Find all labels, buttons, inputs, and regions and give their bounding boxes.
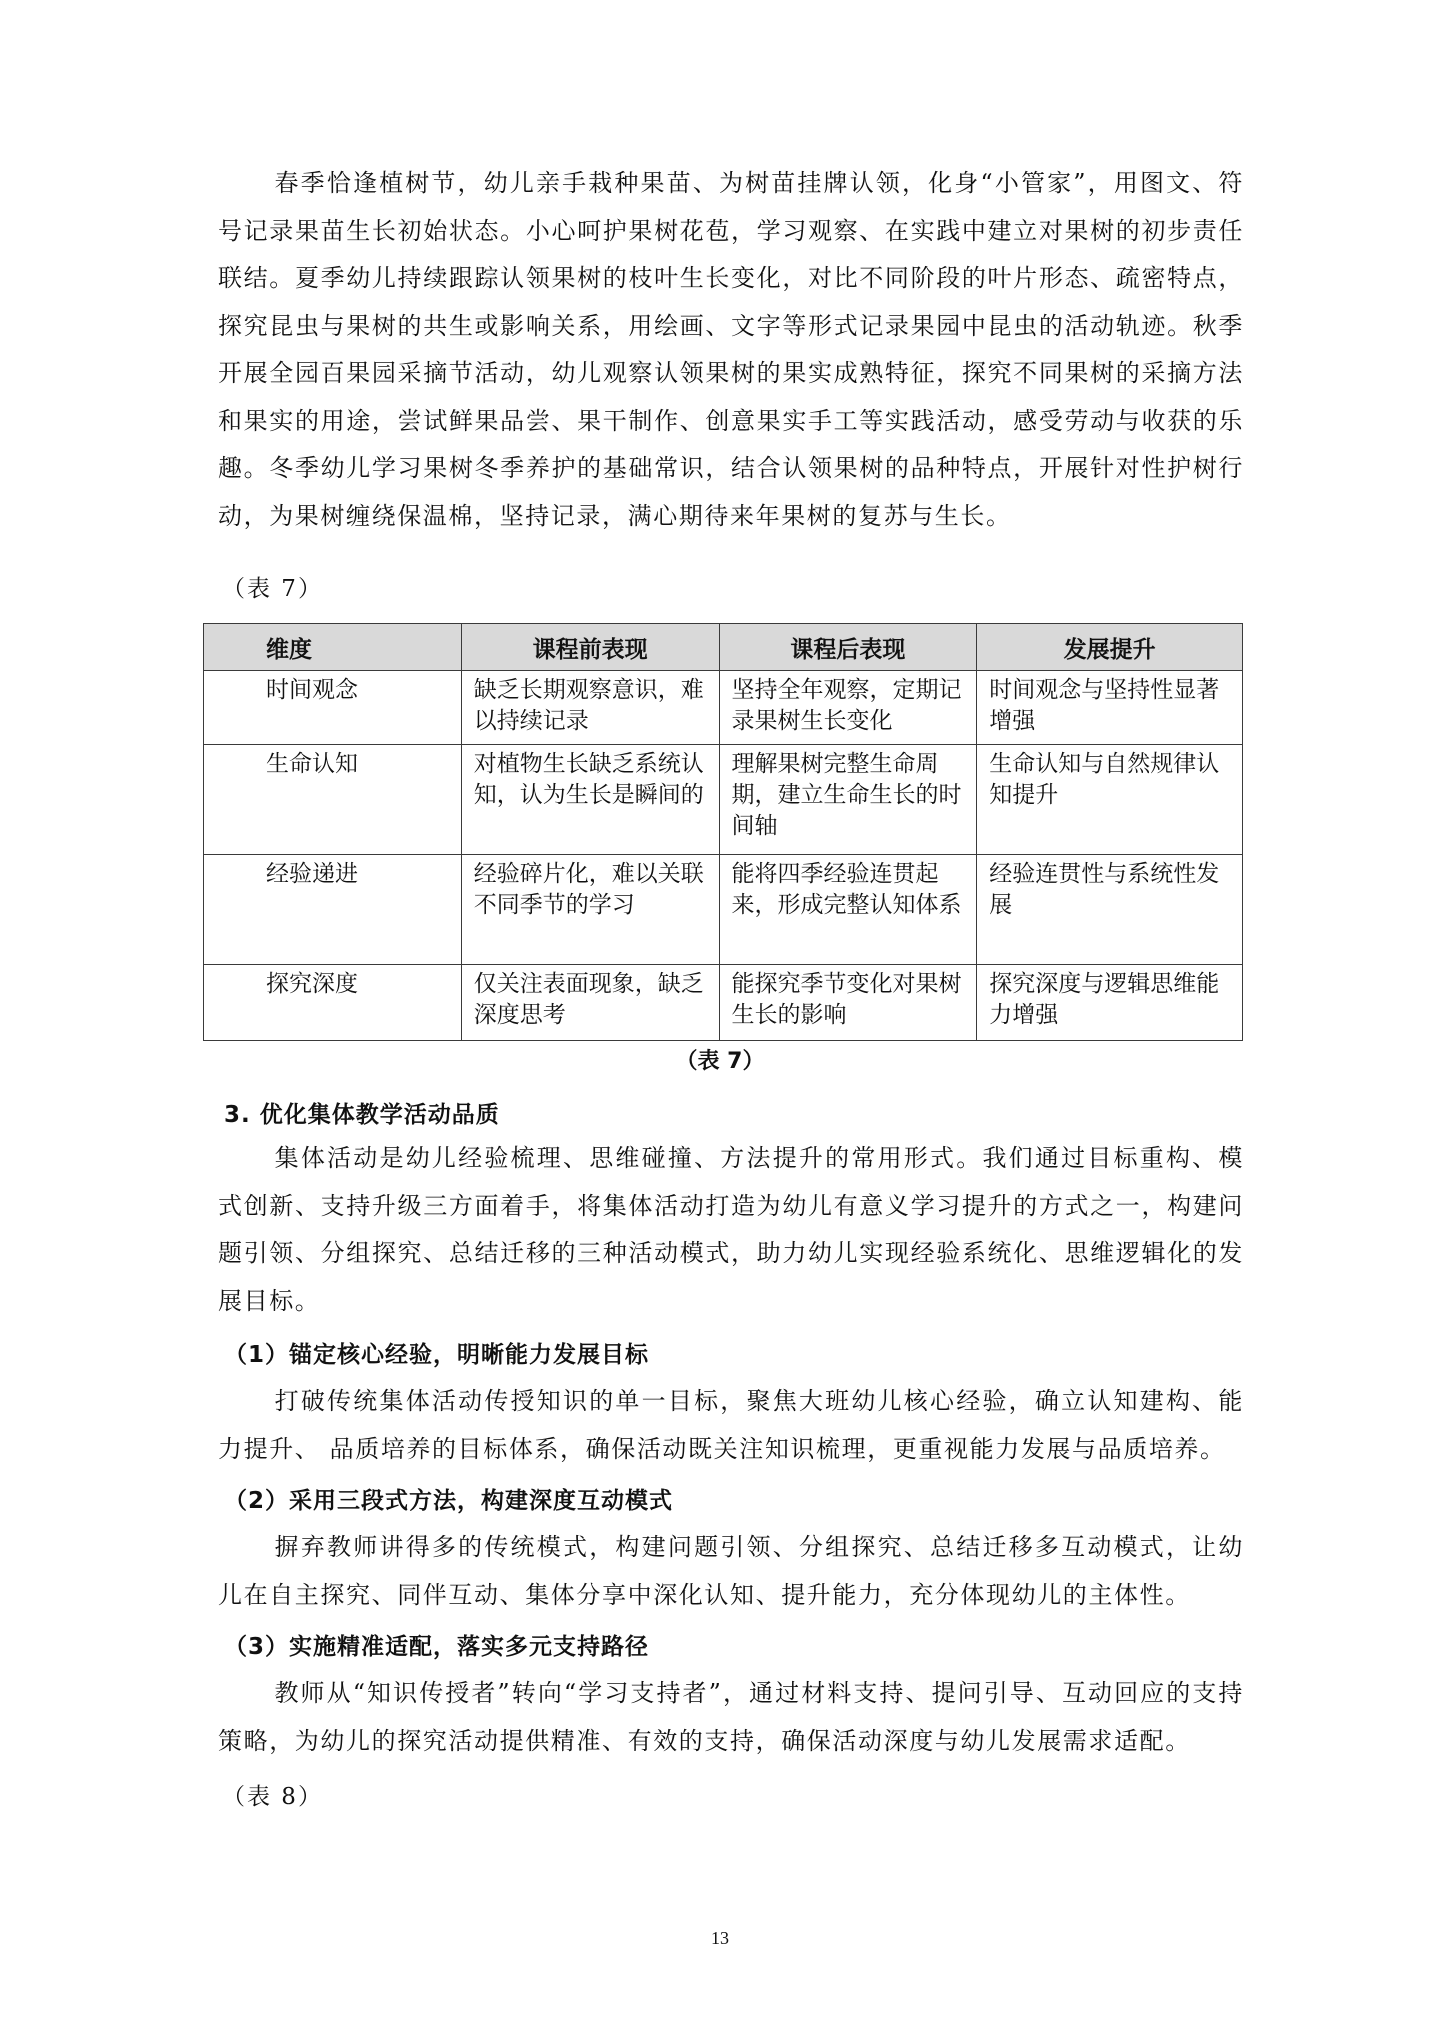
cell-dimension: 时间观念	[204, 671, 462, 745]
table-row: 经验递进 经验碎片化，难以关联不同季节的学习 能将四季经验连贯起来，形成完整认知…	[204, 855, 1243, 965]
sub1-paragraph: 打破传统集体活动传授知识的单一目标，聚焦大班幼儿核心经验，确立认知建构、能力提升…	[218, 1378, 1244, 1473]
sub2-paragraph-text: 摒弃教师讲得多的传统模式，构建问题引领、分组探究、总结迁移多互动模式，让幼儿在自…	[218, 1533, 1244, 1609]
sub1-paragraph-text: 打破传统集体活动传授知识的单一目标，聚焦大班幼儿核心经验，确立认知建构、能力提升…	[218, 1387, 1244, 1463]
header-after: 课程后表现	[719, 624, 977, 671]
table-row: 探究深度 仅关注表面现象，缺乏深度思考 能探究季节变化对果树生长的影响 探究深度…	[204, 965, 1243, 1041]
cell-dimension: 经验递进	[204, 855, 462, 965]
cell-improvement: 时间观念与坚持性显著增强	[977, 671, 1243, 745]
sub3-paragraph: 教师从“知识传授者”转向“学习支持者”，通过材料支持、提问引导、互动回应的支持策…	[218, 1670, 1244, 1765]
intro-paragraph: 春季恰逢植树节，幼儿亲手栽种果苗、为树苗挂牌认领，化身“小管家”，用图文、符号记…	[218, 160, 1244, 540]
table-7: 维度 课程前表现 课程后表现 发展提升 时间观念 缺乏长期观察意识，难以持续记录…	[203, 623, 1243, 1041]
section3-paragraph: 集体活动是幼儿经验梳理、思维碰撞、方法提升的常用形式。我们通过目标重构、模式创新…	[218, 1135, 1244, 1325]
sub3-heading: （3）实施精准适配，落实多元支持路径	[224, 1628, 649, 1661]
table-row: 生命认知 对植物生长缺乏系统认知，认为生长是瞬间的 理解果树完整生命周期，建立生…	[204, 745, 1243, 855]
cell-after: 坚持全年观察，定期记录果树生长变化	[719, 671, 977, 745]
cell-after: 能将四季经验连贯起来，形成完整认知体系	[719, 855, 977, 965]
intro-paragraph-text: 春季恰逢植树节，幼儿亲手栽种果苗、为树苗挂牌认领，化身“小管家”，用图文、符号记…	[218, 169, 1244, 530]
cell-before: 对植物生长缺乏系统认知，认为生长是瞬间的	[461, 745, 719, 855]
cell-after: 能探究季节变化对果树生长的影响	[719, 965, 977, 1041]
document-page: 春季恰逢植树节，幼儿亲手栽种果苗、为树苗挂牌认领，化身“小管家”，用图文、符号记…	[0, 0, 1440, 2036]
cell-before: 经验碎片化，难以关联不同季节的学习	[461, 855, 719, 965]
cell-improvement: 探究深度与逻辑思维能力增强	[977, 965, 1243, 1041]
table7-reference: （表 7）	[222, 570, 323, 603]
header-dimension: 维度	[204, 624, 462, 671]
sub1-heading: （1）锚定核心经验，明晰能力发展目标	[224, 1336, 649, 1369]
header-improvement: 发展提升	[977, 624, 1243, 671]
cell-after: 理解果树完整生命周期，建立生命生长的时间轴	[719, 745, 977, 855]
page-number: 13	[0, 1928, 1440, 1949]
table7-caption: （表 7）	[0, 1044, 1440, 1075]
table8-reference: （表 8）	[222, 1778, 323, 1811]
cell-before: 缺乏长期观察意识，难以持续记录	[461, 671, 719, 745]
cell-before: 仅关注表面现象，缺乏深度思考	[461, 965, 719, 1041]
cell-dimension: 探究深度	[204, 965, 462, 1041]
table-header-row: 维度 课程前表现 课程后表现 发展提升	[204, 624, 1243, 671]
section3-heading: 3. 优化集体教学活动品质	[224, 1096, 500, 1129]
cell-improvement: 生命认知与自然规律认知提升	[977, 745, 1243, 855]
sub2-heading: （2）采用三段式方法，构建深度互动模式	[224, 1482, 673, 1515]
sub2-paragraph: 摒弃教师讲得多的传统模式，构建问题引领、分组探究、总结迁移多互动模式，让幼儿在自…	[218, 1524, 1244, 1619]
sub3-paragraph-text: 教师从“知识传授者”转向“学习支持者”，通过材料支持、提问引导、互动回应的支持策…	[218, 1679, 1244, 1755]
table-row: 时间观念 缺乏长期观察意识，难以持续记录 坚持全年观察，定期记录果树生长变化 时…	[204, 671, 1243, 745]
cell-dimension: 生命认知	[204, 745, 462, 855]
cell-improvement: 经验连贯性与系统性发展	[977, 855, 1243, 965]
header-before: 课程前表现	[461, 624, 719, 671]
section3-paragraph-text: 集体活动是幼儿经验梳理、思维碰撞、方法提升的常用形式。我们通过目标重构、模式创新…	[218, 1144, 1244, 1315]
